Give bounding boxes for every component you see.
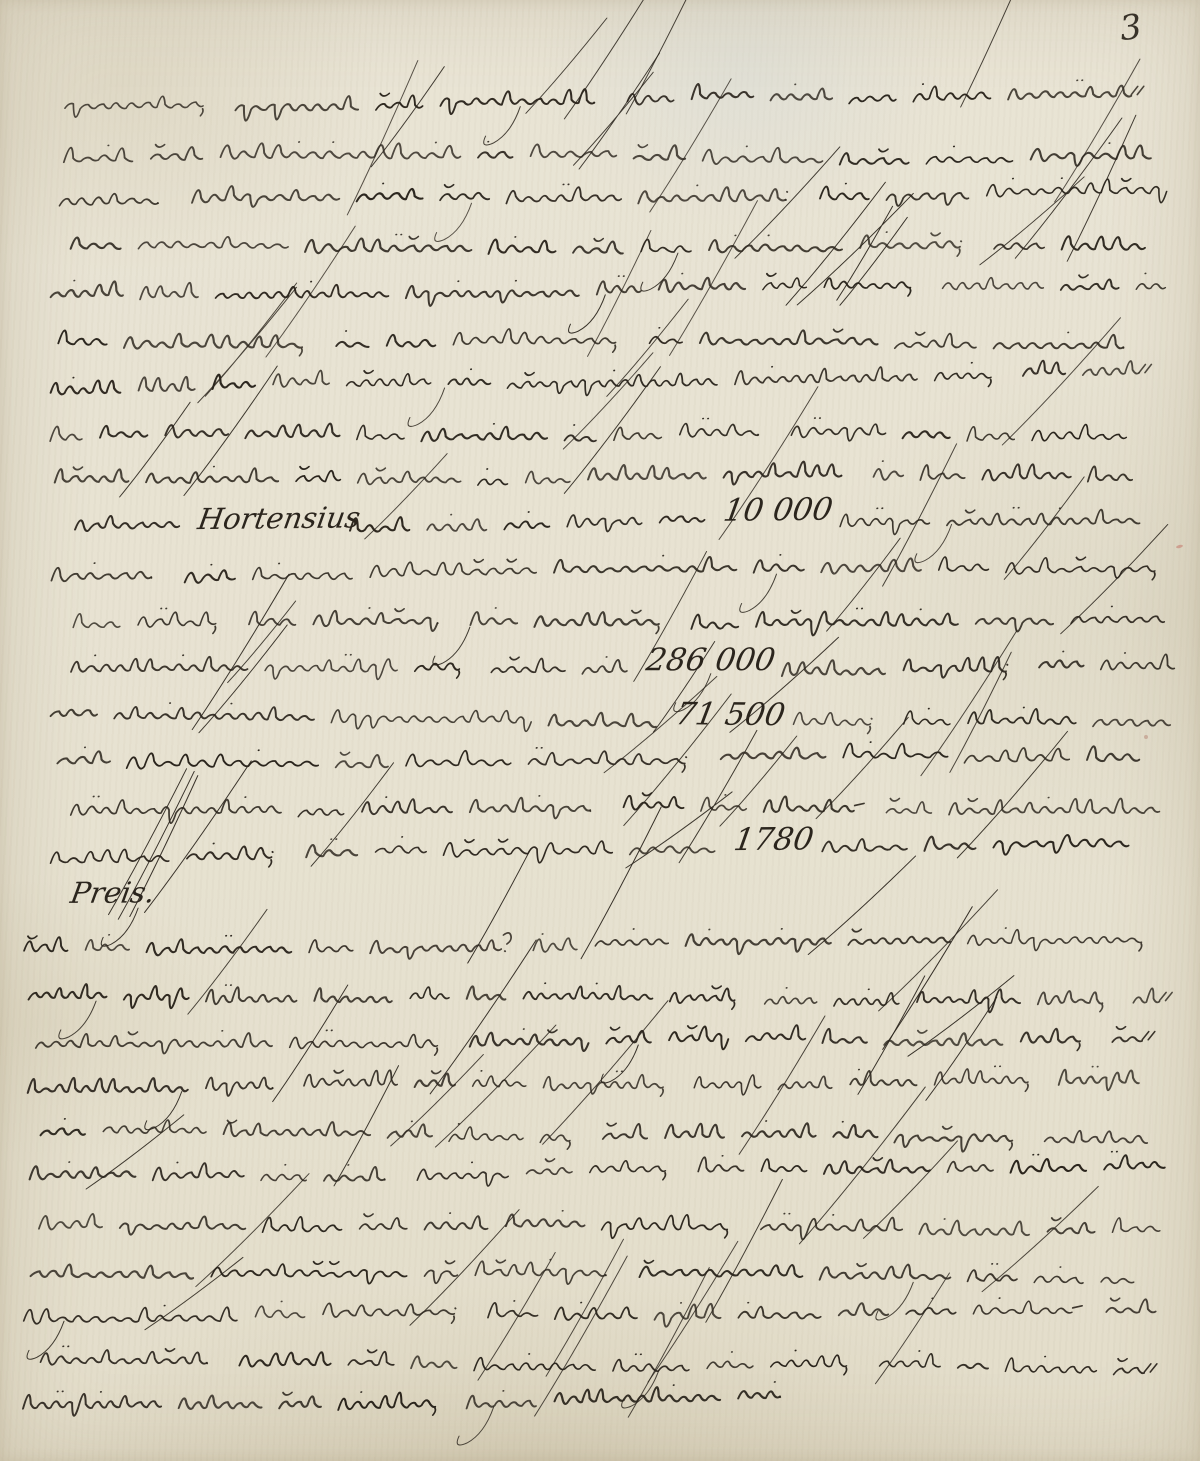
legible-word: Hortensius	[194, 500, 362, 536]
legible-word: 10 000	[721, 492, 835, 529]
manuscript-line: 1780	[49, 726, 1148, 875]
manuscript-line	[22, 885, 1191, 1043]
manuscript-line	[44, 179, 1183, 338]
manuscript-page: 3 Hortensius10 000286 00071 5001780Preis…	[0, 0, 1200, 1461]
manuscript-line	[17, 1178, 1179, 1359]
manuscript-line	[63, 51, 1169, 171]
manuscript-line	[24, 1172, 1153, 1322]
manuscript-line	[21, 937, 1163, 1130]
manuscript-line	[63, 115, 1168, 291]
manuscript-line	[21, 802, 1172, 967]
manuscript-line	[55, 629, 1162, 780]
legible-word: Preis.	[67, 876, 158, 910]
manuscript-line: 71 500	[48, 573, 1197, 741]
paper-speck	[1144, 735, 1148, 739]
manuscript-line	[38, 998, 1173, 1156]
manuscript-line: 286 000	[64, 551, 1195, 713]
manuscript-line	[67, 525, 1182, 666]
manuscript-line	[33, 1237, 1179, 1411]
handwriting-text: Hortensius10 000286 00071 5001780Preis.	[0, 0, 1200, 1461]
manuscript-line	[52, 359, 1152, 497]
legible-word: 71 500	[673, 696, 788, 733]
legible-word: 1780	[731, 821, 816, 858]
manuscript-line: Preis.	[61, 761, 251, 947]
manuscript-line	[16, 1254, 811, 1451]
manuscript-line	[58, 0, 1166, 151]
manuscript-line	[28, 1056, 1183, 1192]
